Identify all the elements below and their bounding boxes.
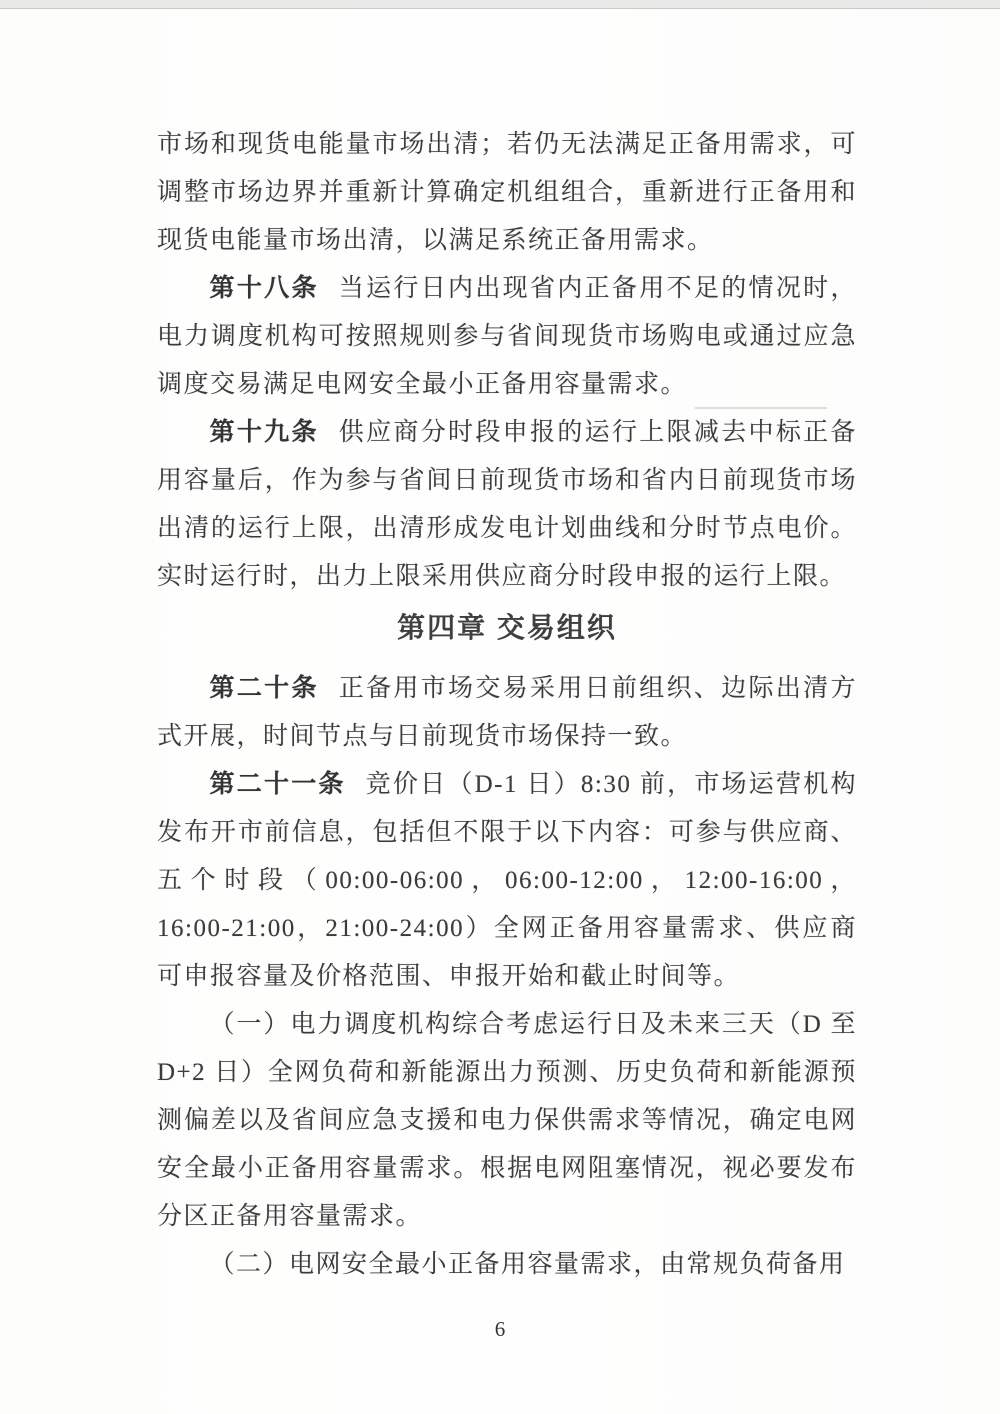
paragraph-text: 市场和现货电能量市场出清；若仍无法满足正备用需求，可调整市场边界并重新计算确定机… (157, 131, 857, 254)
paragraph-item-1: （一）电力调度机构综合考虑运行日及未来三天（D 至 D+2 日）全网负荷和新能源… (157, 1001, 857, 1241)
document-text-block: 市场和现货电能量市场出清；若仍无法满足正备用需求，可调整市场边界并重新计算确定机… (157, 121, 857, 1289)
paragraph-item-2: （二）电网安全最小正备用容量需求，由常规负荷备用 (157, 1241, 857, 1289)
paragraph-article-20: 第二十条正备用市场交易采用日前组织、边际出清方式开展，时间节点与日前现货市场保持… (157, 665, 857, 761)
paragraph-text: （二）电网安全最小正备用容量需求，由常规负荷备用 (210, 1251, 846, 1278)
paragraph-article-18: 第十八条当运行日内出现省内正备用不足的情况时，电力调度机构可按照规则参与省间现货… (157, 265, 857, 409)
article-number: 第十九条 (210, 419, 319, 446)
article-number: 第二十一条 (210, 771, 346, 798)
article-number: 第二十条 (210, 675, 319, 702)
scan-artifact-top-strip (0, 0, 1000, 9)
paragraph-article-19: 第十九条供应商分时段申报的运行上限减去中标正备用容量后，作为参与省间日前现货市场… (157, 409, 857, 601)
paragraph-continuation: 市场和现货电能量市场出清；若仍无法满足正备用需求，可调整市场边界并重新计算确定机… (157, 121, 857, 265)
paragraph-article-21: 第二十一条竞价日（D-1 日）8:30 前，市场运营机构发布开市前信息，包括但不… (157, 761, 857, 1001)
paragraph-text: 竞价日（D-1 日）8:30 前，市场运营机构发布开市前信息，包括但不限于以下内… (157, 771, 857, 990)
scan-artifact-faint-line (695, 407, 827, 409)
document-page: 市场和现货电能量市场出清；若仍无法满足正备用需求，可调整市场边界并重新计算确定机… (0, 0, 1000, 1414)
article-number: 第十八条 (210, 275, 319, 302)
page-number: 6 (0, 1317, 1000, 1342)
chapter-heading: 第四章 交易组织 (157, 604, 857, 652)
paragraph-text: （一）电力调度机构综合考虑运行日及未来三天（D 至 D+2 日）全网负荷和新能源… (157, 1011, 857, 1230)
